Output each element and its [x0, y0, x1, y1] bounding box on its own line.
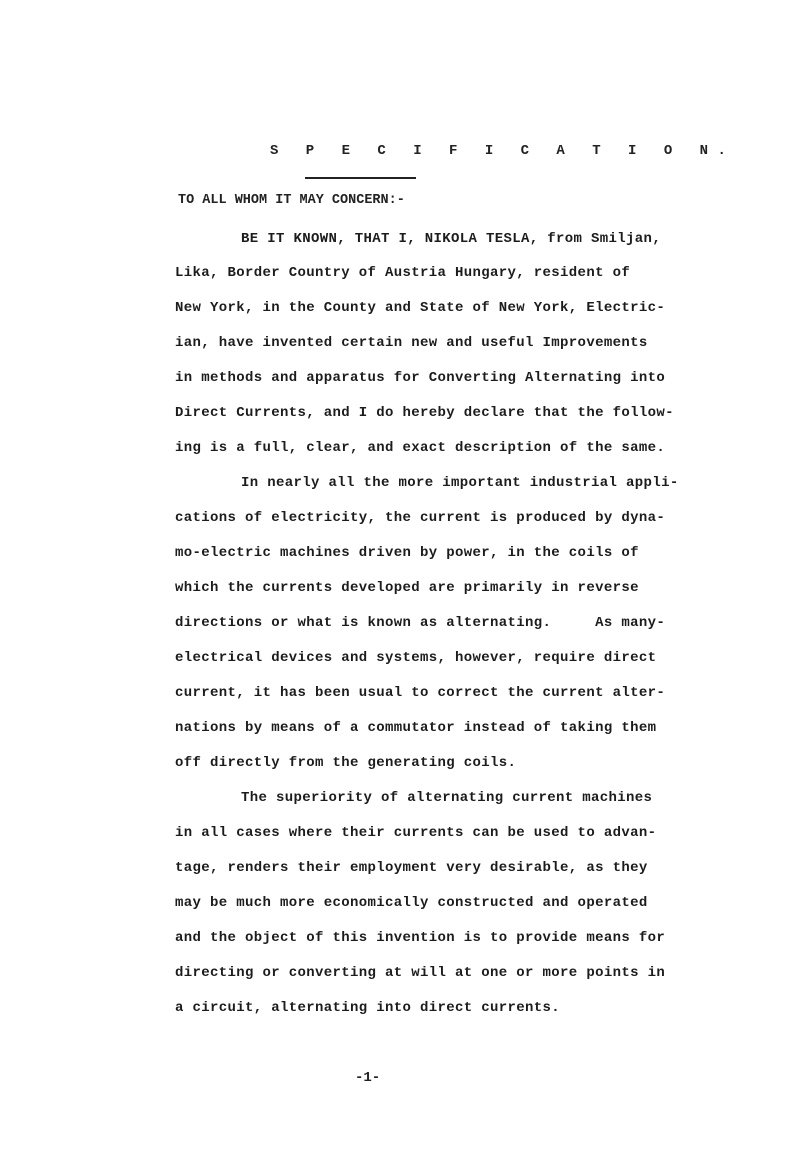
paragraph-1-line-6: Direct Currents, and I do hereby declare…: [175, 405, 674, 421]
paragraph-3-line-7: a circuit, alternating into direct curre…: [175, 1000, 560, 1016]
paragraph-1-line-2: Lika, Border Country of Austria Hungary,…: [175, 265, 630, 281]
paragraph-3-line-5: and the object of this invention is to p…: [175, 930, 665, 946]
paragraph-3-line-1: The superiority of alternating current m…: [241, 790, 652, 806]
title-underline: [305, 177, 416, 179]
paragraph-2-line-6: electrical devices and systems, however,…: [175, 650, 656, 666]
paragraph-2-line-3: mo-electric machines driven by power, in…: [175, 545, 639, 561]
paragraph-2-line-9: off directly from the generating coils.: [175, 755, 516, 771]
paragraph-3-line-4: may be much more economically constructe…: [175, 895, 648, 911]
paragraph-2-line-7: current, it has been usual to correct th…: [175, 685, 665, 701]
paragraph-2-line-2: cations of electricity, the current is p…: [175, 510, 665, 526]
paragraph-2-line-1: In nearly all the more important industr…: [241, 475, 679, 491]
page-number: -1-: [355, 1070, 380, 1086]
paragraph-1-line-1: BE IT KNOWN, THAT I, NIKOLA TESLA, from …: [241, 231, 661, 247]
paragraph-3-line-6: directing or converting at will at one o…: [175, 965, 665, 981]
paragraph-1-line-3: New York, in the County and State of New…: [175, 300, 665, 316]
document-title: S P E C I F I C A T I O N.: [270, 143, 735, 159]
paragraph-1-line-5: in methods and apparatus for Converting …: [175, 370, 665, 386]
paragraph-2-line-8: nations by means of a commutator instead…: [175, 720, 656, 736]
paragraph-1-line-7: ing is a full, clear, and exact descript…: [175, 440, 665, 456]
paragraph-1-line-4: ian, have invented certain new and usefu…: [175, 335, 648, 351]
salutation: TO ALL WHOM IT MAY CONCERN:-: [178, 193, 405, 208]
paragraph-3-line-2: in all cases where their currents can be…: [175, 825, 656, 841]
paragraph-2-line-5: directions or what is known as alternati…: [175, 615, 665, 631]
paragraph-2-line-4: which the currents developed are primari…: [175, 580, 639, 596]
paragraph-3-line-3: tage, renders their employment very desi…: [175, 860, 648, 876]
document-page: S P E C I F I C A T I O N. TO ALL WHOM I…: [0, 0, 807, 1160]
